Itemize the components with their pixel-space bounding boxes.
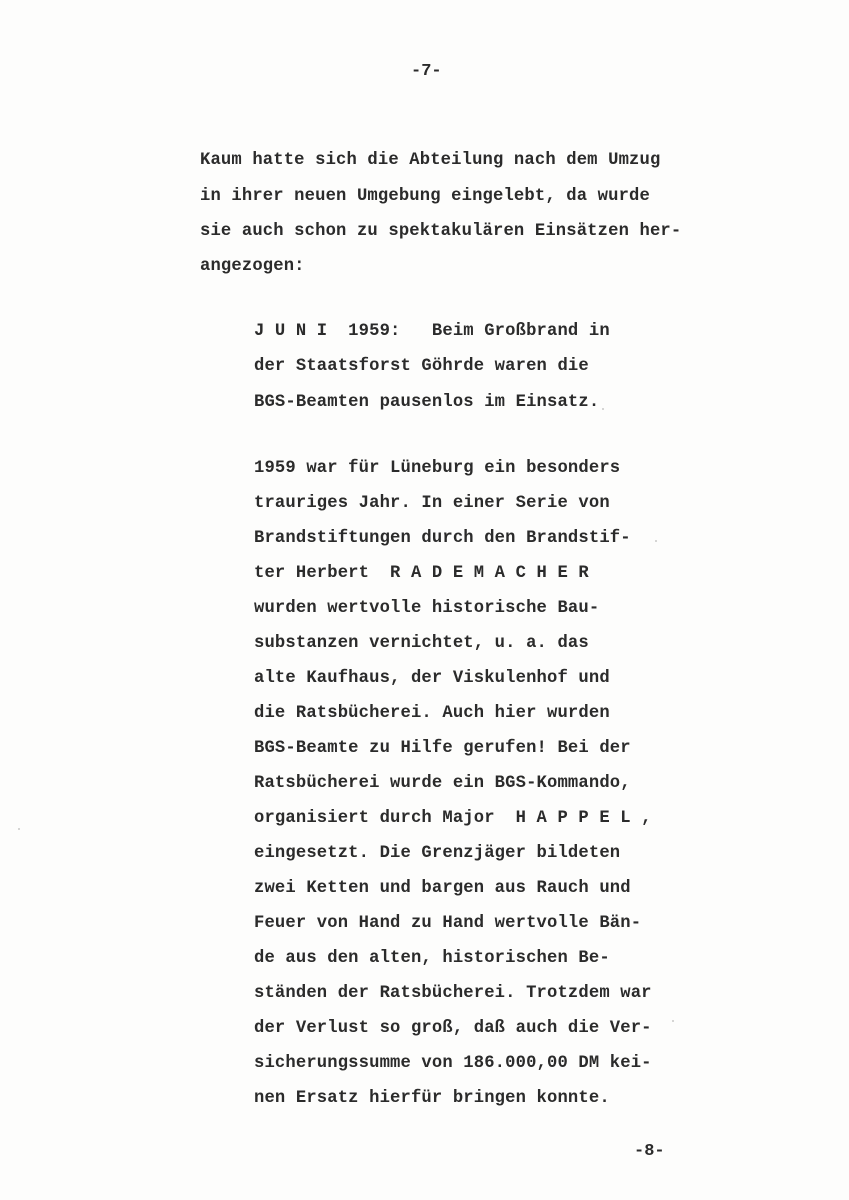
text-line: ter Herbert R A D E M A C H E R (254, 564, 589, 584)
text-line: angezogen: (200, 257, 305, 277)
text-line: 1959 war für Lüneburg ein besonders (254, 459, 620, 479)
text-line: Brandstiftungen durch den Brandstif- (254, 529, 631, 549)
text-line: alte Kaufhaus, der Viskulenhof und (254, 669, 610, 689)
text-line: die Ratsbücherei. Auch hier wurden (254, 704, 610, 724)
text-line: Kaum hatte sich die Abteilung nach dem U… (200, 151, 660, 171)
text-line: der Verlust so groß, daß auch die Ver- (254, 1019, 652, 1039)
text-line: zwei Ketten und bargen aus Rauch und (254, 879, 631, 899)
text-line: in ihrer neuen Umgebung eingelebt, da wu… (200, 187, 650, 207)
scan-speck (655, 540, 657, 542)
text-line: nen Ersatz hierfür bringen konnte. (254, 1089, 610, 1109)
scan-speck (18, 828, 20, 830)
text-line: ständen der Ratsbücherei. Trotzdem war (254, 984, 652, 1004)
text-line: organisiert durch Major H A P P E L , (254, 809, 652, 829)
next-page-number: -8- (634, 1142, 665, 1162)
text-line: BGS-Beamten pausenlos im Einsatz. (254, 393, 599, 413)
document-page: -7- Kaum hatte sich die Abteilung nach d… (0, 0, 849, 1200)
scan-speck (672, 1020, 674, 1022)
scan-speck (602, 408, 604, 410)
text-line: eingesetzt. Die Grenzjäger bildeten (254, 844, 620, 864)
text-line: Feuer von Hand zu Hand wertvolle Bän- (254, 914, 641, 934)
page-number: -7- (411, 62, 442, 82)
text-line: J U N I 1959: Beim Großbrand in (254, 322, 610, 342)
text-line: de aus den alten, historischen Be- (254, 949, 610, 969)
text-line: der Staatsforst Göhrde waren die (254, 357, 589, 377)
text-line: BGS-Beamte zu Hilfe gerufen! Bei der (254, 739, 631, 759)
text-line: wurden wertvolle historische Bau- (254, 599, 599, 619)
text-line: Ratsbücherei wurde ein BGS-Kommando, (254, 774, 631, 794)
text-line: trauriges Jahr. In einer Serie von (254, 494, 610, 514)
text-line: sie auch schon zu spektakulären Einsätze… (200, 222, 681, 242)
text-line: sicherungssumme von 186.000,00 DM kei- (254, 1054, 652, 1074)
text-line: substanzen vernichtet, u. a. das (254, 634, 589, 654)
